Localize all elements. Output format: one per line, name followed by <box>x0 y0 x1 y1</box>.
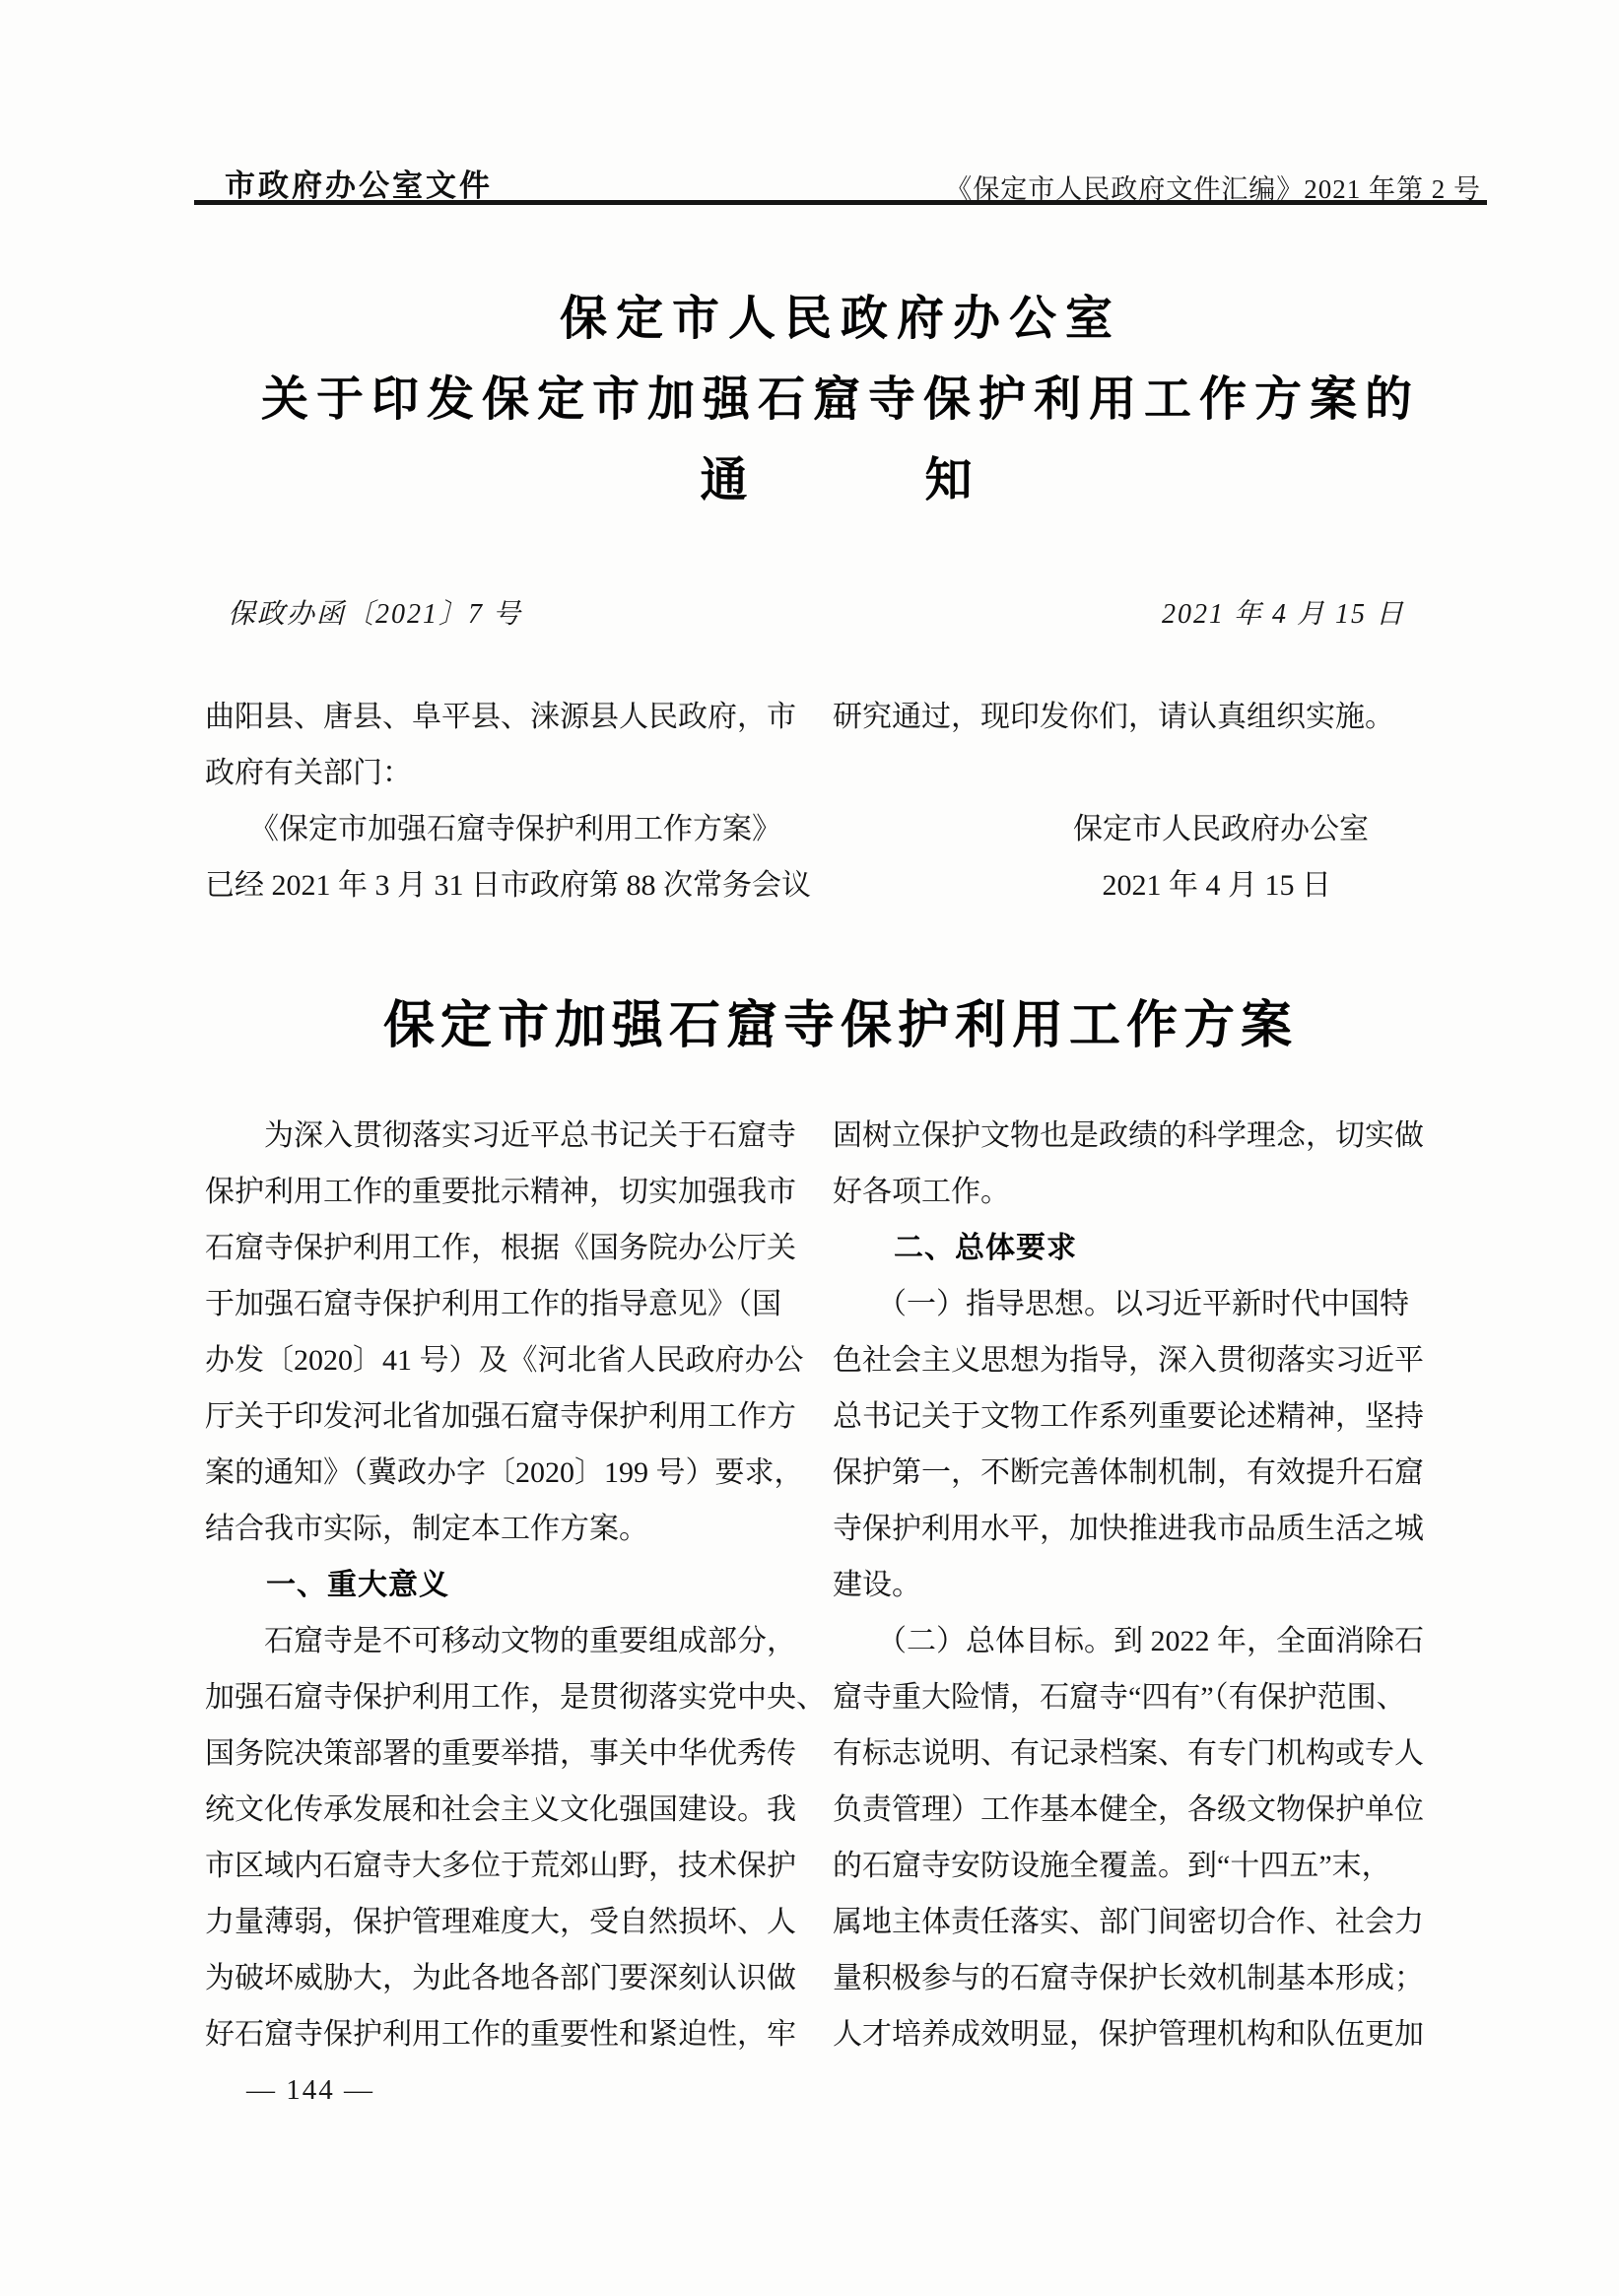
notice-signature-date: 2021 年 4 月 15 日 <box>833 857 1426 913</box>
plan-line: 市区域内石窟寺大多位于荒郊山野，技术保护 <box>205 1838 794 1894</box>
plan-line: 的石窟寺安防设施全覆盖。到“十四五”末， <box>833 1838 1426 1894</box>
plan-line: 结合我市实际，制定本工作方案。 <box>205 1501 794 1557</box>
notice-line: 研究通过，现印发你们，请认真组织实施。 <box>833 689 1426 745</box>
plan-line: 有标志说明、有记录档案、有专门机构或专人 <box>833 1725 1426 1782</box>
plan-line: 属地主体责任落实、部门间密切合作、社会力 <box>833 1894 1426 1950</box>
plan-left-column: 为深入贯彻落实习近平总书记关于石窟寺 保护利用工作的重要批示精神，切实加强我市 … <box>205 1108 794 2062</box>
plan-line: 加强石窟寺保护利用工作，是贯彻落实党中央、 <box>205 1669 794 1725</box>
notice-right-column: 研究通过，现印发你们，请认真组织实施。 保定市人民政府办公室 2021 年 4 … <box>833 689 1426 913</box>
plan-line: 石窟寺是不可移动文物的重要组成部分， <box>205 1613 794 1669</box>
notice-line: 《保定市加强石窟寺保护利用工作方案》 <box>205 801 794 857</box>
header-rule <box>194 200 1487 205</box>
plan-line: 负责管理）工作基本健全，各级文物保护单位 <box>833 1782 1426 1838</box>
doc-date: 2021 年 4 月 15 日 <box>1162 592 1405 632</box>
doc-number: 保政办函〔2021〕7 号 <box>228 592 522 632</box>
plan-line: 好石窟寺保护利用工作的重要性和紧迫性，牢 <box>205 2006 794 2062</box>
plan-line: 窟寺重大险情，石窟寺“四有”（有保护范围、 <box>833 1669 1426 1725</box>
plan-right-column: 固树立保护文物也是政绩的科学理念，切实做 好各项工作。 二、总体要求 （一）指导… <box>833 1108 1426 2062</box>
plan-line: 于加强石窟寺保护利用工作的指导意见》（国 <box>205 1276 794 1332</box>
plan-line: 保护第一，不断完善体制机制，有效提升石窟 <box>833 1445 1426 1501</box>
plan-line: 力量薄弱，保护管理难度大，受自然损坏、人 <box>205 1894 794 1950</box>
plan-line: 案的通知》（冀政办字〔2020〕199 号）要求， <box>205 1445 794 1501</box>
plan-line: 保护利用工作的重要批示精神，切实加强我市 <box>205 1164 794 1220</box>
plan-line: 国务院决策部署的重要举措，事关中华优秀传 <box>205 1725 794 1782</box>
plan-line: 厅关于印发河北省加强石窟寺保护利用工作方 <box>205 1388 794 1445</box>
plan-line: 石窟寺保护利用工作，根据《国务院办公厅关 <box>205 1220 794 1276</box>
plan-line: 寺保护利用水平，加快推进我市品质生活之城 <box>833 1501 1426 1557</box>
notice-title-line1: 保定市人民政府办公室 <box>194 280 1487 348</box>
plan-line: （二）总体目标。到 2022 年，全面消除石 <box>833 1613 1426 1669</box>
plan-line: 好各项工作。 <box>833 1164 1426 1220</box>
notice-signature: 保定市人民政府办公室 <box>833 801 1426 857</box>
notice-title-line3: 通 知 <box>194 441 1487 509</box>
plan-section-heading-1: 一、重大意义 <box>205 1557 794 1613</box>
plan-line: 办发〔2020〕41 号）及《河北省人民政府办公 <box>205 1332 794 1388</box>
plan-line: 人才培养成效明显，保护管理机构和队伍更加 <box>833 2006 1426 2062</box>
notice-blank-line <box>833 745 1426 801</box>
plan-line: 固树立保护文物也是政绩的科学理念，切实做 <box>833 1108 1426 1164</box>
plan-line: 为深入贯彻落实习近平总书记关于石窟寺 <box>205 1108 794 1164</box>
notice-title-line2: 关于印发保定市加强石窟寺保护利用工作方案的 <box>194 361 1487 429</box>
plan-section-heading-2: 二、总体要求 <box>833 1220 1426 1276</box>
plan-title: 保定市加强石窟寺保护利用工作方案 <box>194 983 1487 1057</box>
plan-line: 总书记关于文物工作系列重要论述精神，坚持 <box>833 1388 1426 1445</box>
notice-line: 曲阳县、唐县、阜平县、涞源县人民政府，市 <box>205 689 794 745</box>
plan-line: 量积极参与的石窟寺保护长效机制基本形成； <box>833 1950 1426 2006</box>
plan-line: 建设。 <box>833 1557 1426 1613</box>
plan-line: 统文化传承发展和社会主义文化强国建设。我 <box>205 1782 794 1838</box>
notice-left-column: 曲阳县、唐县、阜平县、涞源县人民政府，市 政府有关部门： 《保定市加强石窟寺保护… <box>205 689 794 913</box>
document-page: 市政府办公室文件 《保定市人民政府文件汇编》2021 年第 2 号 保定市人民政… <box>0 0 1619 2296</box>
header-doc-category: 市政府办公室文件 <box>225 161 493 205</box>
page-number: — 144 — <box>246 2074 374 2107</box>
notice-line: 已经 2021 年 3 月 31 日市政府第 88 次常务会议 <box>205 857 794 913</box>
notice-line: 政府有关部门： <box>205 745 794 801</box>
plan-line: 色社会主义思想为指导，深入贯彻落实习近平 <box>833 1332 1426 1388</box>
plan-line: （一）指导思想。以习近平新时代中国特 <box>833 1276 1426 1332</box>
plan-line: 为破坏威胁大，为此各地各部门要深刻认识做 <box>205 1950 794 2006</box>
